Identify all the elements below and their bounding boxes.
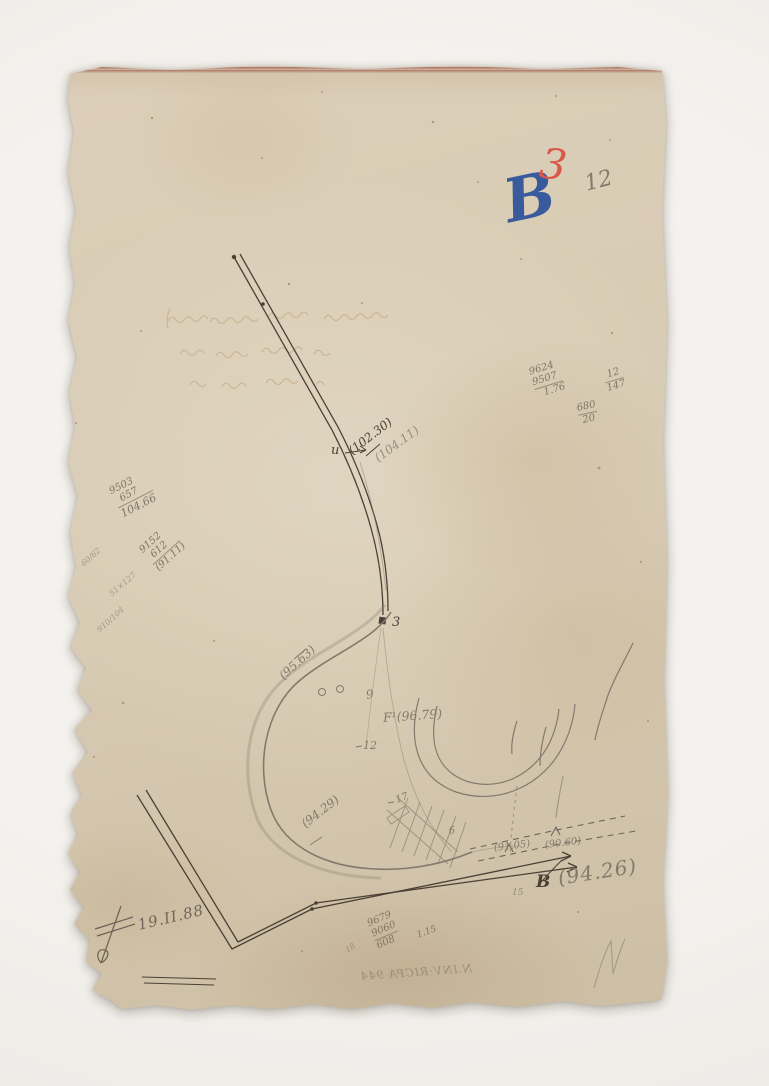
label-point-u: u xyxy=(331,443,339,458)
label-station-9: 9 xyxy=(365,687,375,702)
label-station-3: 3 xyxy=(392,615,400,630)
foxing-specks xyxy=(75,91,649,952)
scanned-drawing-page: B 3 12 u (102.30) (104.11) 3 9 12 F¹(96.… xyxy=(0,0,769,1086)
flourish-mark xyxy=(594,939,625,988)
small-rectangle-mark xyxy=(387,806,409,824)
paraph-mark xyxy=(95,906,135,963)
small-circle-mark xyxy=(319,689,326,696)
concentric-arcs xyxy=(414,643,633,818)
main-curve xyxy=(248,605,520,878)
label-point-b: B xyxy=(536,872,550,892)
baseline-double-line xyxy=(137,790,577,985)
small-circle-mark xyxy=(337,686,344,693)
label-station-15: 15 xyxy=(512,888,523,898)
label-station-12: 12 xyxy=(363,739,377,752)
